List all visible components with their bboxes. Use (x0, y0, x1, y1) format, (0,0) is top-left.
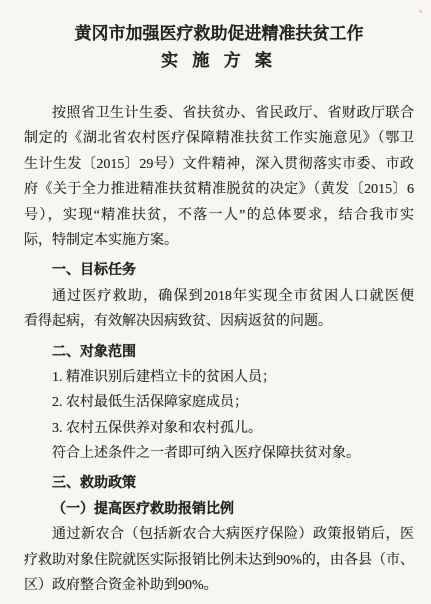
paragraph-line: 符合上述条件之一者即可纳入医疗保障扶贫对象。 (24, 441, 414, 466)
list-item: 3. 农村五保供养对象和农村孤儿。 (24, 416, 414, 441)
paragraph-line: 区）政府整合资金补助到90%。 (24, 573, 414, 598)
document-title-line2: 实 施 方 案 (24, 47, 414, 74)
section-heading: 三、救助政策 (24, 471, 414, 496)
section-heading: （一）提高医疗救助报销比例 (24, 497, 414, 522)
paragraph-line: 制定的《湖北省农村医疗保障精准扶贫工作实施意见》（鄂卫 (24, 126, 414, 151)
document-body: 按照省卫生计生委、省扶贫办、省民政厅、省财政厅联合制定的《湖北省农村医疗保障精准… (24, 101, 414, 598)
paragraph-line: 通过新农合（包括新农合大病医疗保险）政策报销后，医 (24, 522, 414, 547)
list-item: 2. 农村最低生活保障家庭成员； (24, 390, 414, 415)
paragraph-line: 按照省卫生计生委、省扶贫办、省民政厅、省财政厅联合 (24, 101, 414, 126)
paragraph-line: 通过医疗救助，确保到2018年实现全市贫困人口就医便利、 (24, 284, 414, 309)
list-item: 1. 精准识别后建档立卡的贫困人员； (24, 365, 414, 390)
scan-artifact (419, 10, 422, 13)
section-heading: 二、对象范围 (24, 340, 414, 365)
section-heading: 一、目标任务 (24, 258, 414, 283)
scanned-document-page: 黄冈市加强医疗救助促进精准扶贫工作 实 施 方 案 按照省卫生计生委、省扶贫办、… (0, 0, 431, 604)
paragraph-line: 号），实现“精准扶贫，不落一人”的总体要求，结合我市实 (24, 203, 414, 228)
paragraph-line: 际，特制定本实施方案。 (24, 228, 414, 253)
paragraph-line: 生计生发〔2015〕29号）文件精神，深入贯彻落实市委、市政 (24, 152, 414, 177)
paragraph-line: 看得起病，有效解决因病致贫、因病返贫的问题。 (24, 309, 414, 334)
document-title-line1: 黄冈市加强医疗救助促进精准扶贫工作 (24, 20, 414, 47)
paragraph-line: 府《关于全力推进精准扶贫精准脱贫的决定》（黄发〔2015〕6 (24, 177, 414, 202)
paragraph-line: 疗救助对象住院就医实际报销比例未达到90%的，由各县（市、 (24, 548, 414, 573)
